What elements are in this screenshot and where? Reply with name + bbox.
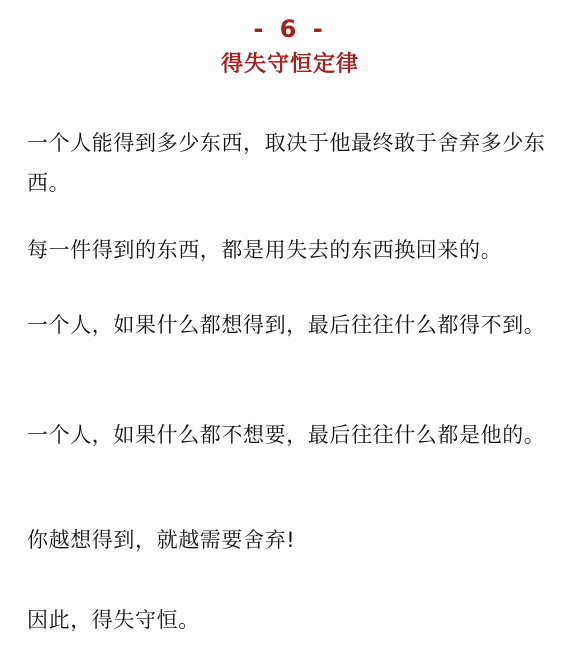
- paragraph: 一个人，如果什么都不想要，最后往往什么都是他的。: [27, 415, 557, 455]
- paragraph: 一个人能得到多少东西，取决于他最终敢于舍弃多少东西。: [27, 123, 557, 203]
- section-title: 得失守恒定律: [0, 48, 580, 82]
- section-number: - 6 -: [0, 12, 580, 46]
- paragraph: 因此，得失守恒。: [27, 600, 557, 640]
- paragraph: 每一件得到的东西，都是用失去的东西换回来的。: [27, 230, 557, 270]
- paragraph: 你越想得到，就越需要舍弃!: [27, 520, 557, 560]
- paragraph: 一个人，如果什么都想得到，最后往往什么都得不到。: [27, 305, 557, 345]
